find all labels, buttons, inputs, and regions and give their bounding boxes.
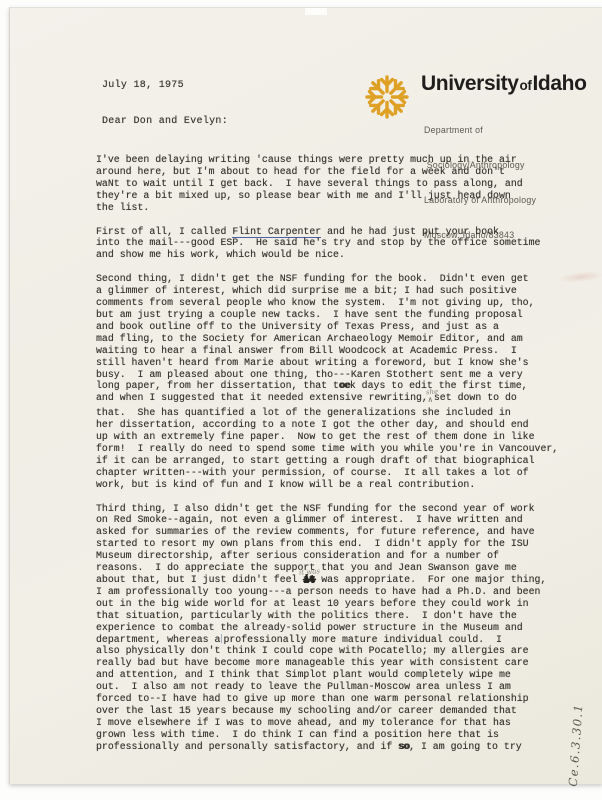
letter-line: out. I also am not ready to leave the Pu… [96, 681, 556, 693]
paper-smudge [558, 270, 602, 285]
letter-paragraph: Second thing, I didn't get the NSF fundi… [96, 273, 556, 490]
wordmark-idaho: Idaho [533, 72, 587, 95]
letter-line: started to resort my own plans from this… [96, 538, 556, 550]
letter-paragraph: I've been delaying writing 'cause things… [96, 154, 556, 214]
letter-line: busy. I am pleased about one thing, tho-… [96, 369, 556, 381]
letter-line: that. She has quantified a lot of the ge… [96, 407, 556, 419]
wordmark-university: University [421, 72, 519, 95]
letter-line: and attention, and I think that Simplot … [96, 669, 556, 681]
letter-line: Museum directorship, after serious consi… [96, 550, 556, 562]
caret-insertion: she∧ [428, 395, 434, 407]
letter-line: experience to combat the already-solid p… [96, 622, 556, 634]
letter-line: comments from several people who know th… [96, 297, 556, 309]
overtyped-word: so [398, 741, 409, 752]
letter-line: waiting to hear a final answer from Bill… [96, 345, 556, 357]
letter-line: asked for summaries of the review commen… [96, 526, 556, 538]
letter-line: chapter written---with your permission, … [96, 467, 556, 479]
overtyped-word: oe [339, 380, 350, 391]
pen-underline: Flint Carpenter [232, 226, 321, 238]
letter-line: waNt to wait until I get back. I have se… [96, 178, 556, 190]
letter-line: form! I really do need to spend some tim… [96, 443, 556, 455]
university-wordmark: UniversityofIdaho [421, 72, 587, 96]
wordmark-of: of [520, 78, 532, 93]
letter-line: a glimmer of interest, which did surpris… [96, 285, 556, 297]
letter-line: I move elsewhere if I was to move ahead,… [96, 717, 556, 729]
pencil-annotation: it was [299, 566, 321, 579]
letter-line: forced to--I have had to give up more th… [96, 693, 556, 705]
letter-line: I've been delaying writing 'cause things… [96, 154, 556, 166]
letter-line: professionally and personally satisfacto… [96, 741, 556, 753]
letter-line: still haven't heard from Marie about wri… [96, 357, 556, 369]
letter-line: and book outline off to the University o… [96, 321, 556, 333]
letter-line: the list. [96, 202, 556, 214]
letter-line: I am professionally too young---a person… [96, 586, 556, 598]
paper-edge-notch [305, 8, 327, 15]
letter-line: that situation, particularly with the po… [96, 610, 556, 622]
letter-line: around here, but I'm about to head for t… [96, 166, 556, 178]
letter-line: up with an extremely fine paper. Now to … [96, 431, 556, 443]
letter-line: about that, but I just didn't feel it wa… [96, 574, 556, 586]
letter-paper: UniversityofIdaho Department of Sociolog… [9, 7, 602, 784]
letter-line: long paper, from her dissertation, that … [96, 380, 556, 392]
letter-line: but am just trying a couple new tacks. I… [96, 309, 556, 321]
letter-line: into the mail---good ESP. He said he's t… [96, 237, 556, 249]
letter-line: and show me his work, which would be nic… [96, 249, 556, 261]
dept-line: Department of [424, 125, 536, 137]
letter-line: her dissertation, according to a note I … [96, 419, 556, 431]
letter-line: Third thing, I also didn't get the NSF f… [96, 503, 556, 515]
pencil-annotation: she [425, 387, 438, 400]
letter-line: reasons. I do appreciate the support tha… [96, 562, 556, 574]
letter-line: and when I suggested that it needed exte… [96, 392, 556, 407]
letter-body: I've been delaying writing 'cause things… [96, 154, 556, 765]
struck-out-word: it wasit [303, 574, 315, 585]
salutation: Dear Don and Evelyn: [102, 116, 228, 127]
letter-date: July 18, 1975 [102, 80, 184, 91]
letter-paragraph: First of all, I called Flint Carpenter a… [96, 226, 556, 262]
letter-line: grown less with time. I do think I can f… [96, 729, 556, 741]
letter-line: if it can be arranged, to start getting … [96, 455, 556, 467]
letter-line: department, whereas aprofessionally more… [96, 634, 556, 646]
letter-line: mad fling, to the Society for American A… [96, 333, 556, 345]
letter-line: out in the big wide world for at least 1… [96, 598, 556, 610]
letter-line: work, but is kind of fun and I know will… [96, 479, 556, 491]
letter-line: really bad but have become more manageab… [96, 657, 556, 669]
university-logo-sunburst-icon [362, 72, 412, 127]
letter-line: Second thing, I didn't get the NSF fundi… [96, 273, 556, 285]
letter-line: First of all, I called Flint Carpenter a… [96, 226, 556, 238]
letter-line: also physically don't think I could cope… [96, 645, 556, 657]
pen-mark [221, 634, 222, 643]
letter-line: on Red Smoke--again, not even a glimmer … [96, 514, 556, 526]
letter-line: over the last 15 years because my school… [96, 705, 556, 717]
letter-paragraph: Third thing, I also didn't get the NSF f… [96, 503, 556, 753]
letter-line: they're a bit mixed up, so please bear w… [96, 190, 556, 202]
